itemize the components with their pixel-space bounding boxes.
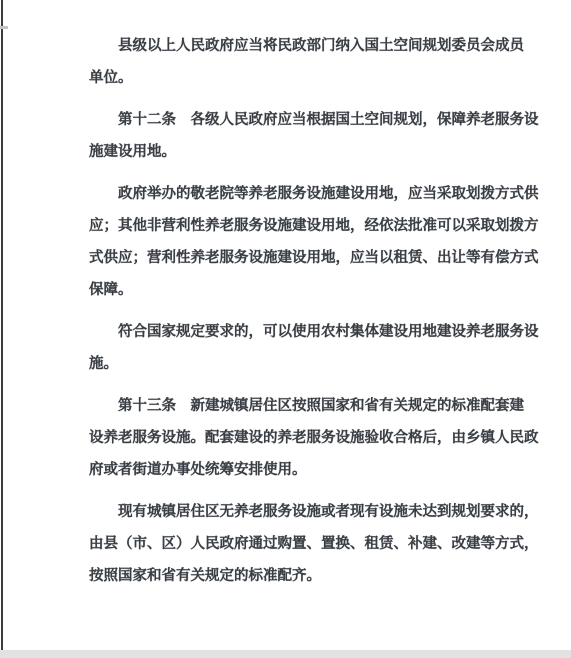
paragraph: 县级以上人民政府应当将民政部门纳入国土空间规划委员会成员 单位。: [89, 30, 549, 94]
paragraph: 第十二条 各级人民政府应当根据国土空间规划，保障养老服务设 施建设用地。: [89, 104, 549, 168]
bottom-strip: [0, 650, 571, 658]
page-left-border: [1, 0, 3, 650]
page-edge-mark: [0, 26, 8, 29]
document-viewport: 县级以上人民政府应当将民政部门纳入国土空间规划委员会成员 单位。第十二条 各级人…: [0, 0, 571, 658]
paragraph: 政府举办的敬老院等养老服务设施建设用地，应当采取划拨方式供 应；其他非营利性养老…: [89, 178, 549, 306]
paragraph: 符合国家规定要求的，可以使用农村集体建设用地建设养老服务设 施。: [89, 316, 549, 380]
paragraph: 第十三条 新建城镇居住区按照国家和省有关规定的标准配套建 设养老服务设施。配套建…: [89, 390, 549, 486]
paragraph: 现有城镇居住区无养老服务设施或者现有设施未达到规划要求的， 由县（市、区）人民政…: [89, 496, 549, 592]
document-content: 县级以上人民政府应当将民政部门纳入国土空间规划委员会成员 单位。第十二条 各级人…: [89, 30, 549, 602]
